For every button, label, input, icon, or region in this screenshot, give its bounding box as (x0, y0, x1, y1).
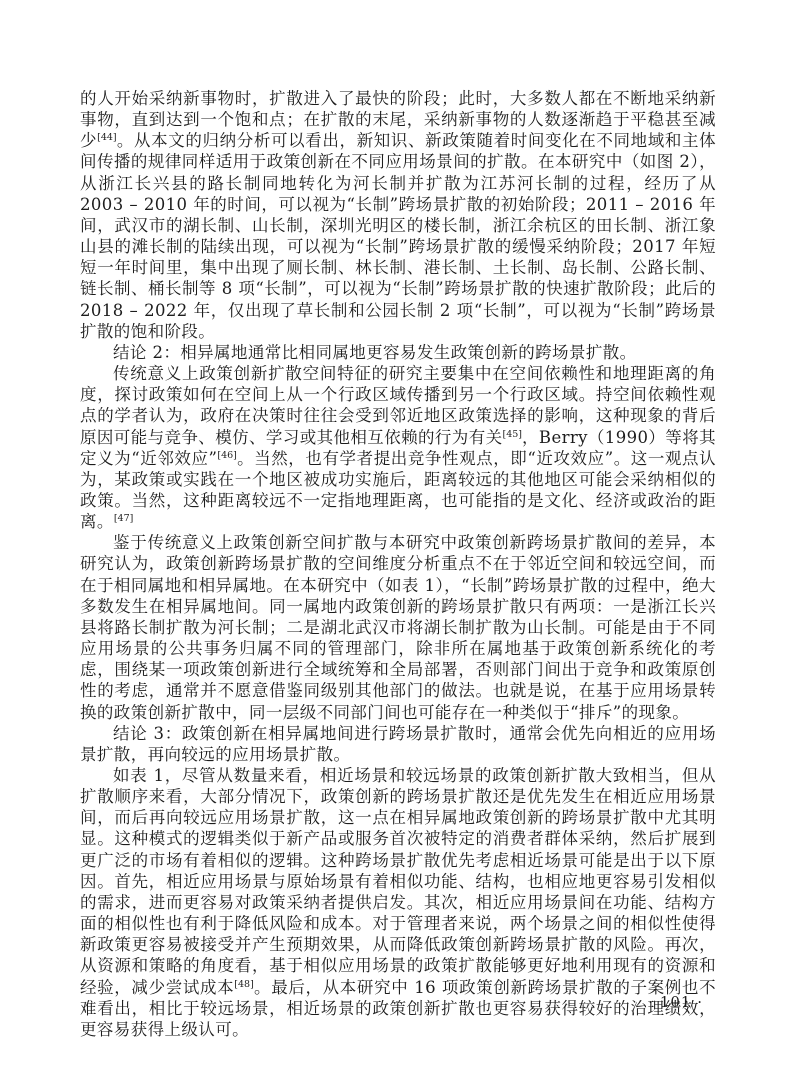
citation-superscript: [45] (503, 429, 523, 440)
paragraph: 传统意义上政策创新扩散空间特征的研究主要集中在空间依赖性和地理距离的角度，探讨政… (80, 363, 716, 532)
citation-superscript: [46] (217, 450, 237, 461)
paragraph: 结论 3：政策创新在相异属地间进行跨场景扩散时，通常会优先向相近的应用场景扩散，… (80, 723, 716, 765)
citation-superscript: [48] (234, 979, 254, 990)
document-page: 的人开始采纳新事物时，扩散进入了最快的阶段；此时，大多数人都在不断地采纳新事物，… (0, 0, 794, 1077)
citation-superscript: [44] (97, 132, 117, 143)
paragraph: 鉴于传统意义上政策创新空间扩散与本研究中政策创新跨场景扩散间的差异，本研究认为，… (80, 532, 716, 722)
page-number: · 101 · (648, 993, 703, 1011)
paragraph: 如表 1，尽管从数量来看，相近场景和较远场景的政策创新扩散大致相当，但从扩散顺序… (80, 765, 716, 1040)
paragraph: 结论 2：相异属地通常比相同属地更容易发生政策创新的跨场景扩散。 (80, 342, 716, 363)
citation-superscript: [47] (114, 513, 134, 524)
document-body: 的人开始采纳新事物时，扩散进入了最快的阶段；此时，大多数人都在不断地采纳新事物，… (80, 88, 716, 1040)
paragraph: 的人开始采纳新事物时，扩散进入了最快的阶段；此时，大多数人都在不断地采纳新事物，… (80, 88, 716, 342)
